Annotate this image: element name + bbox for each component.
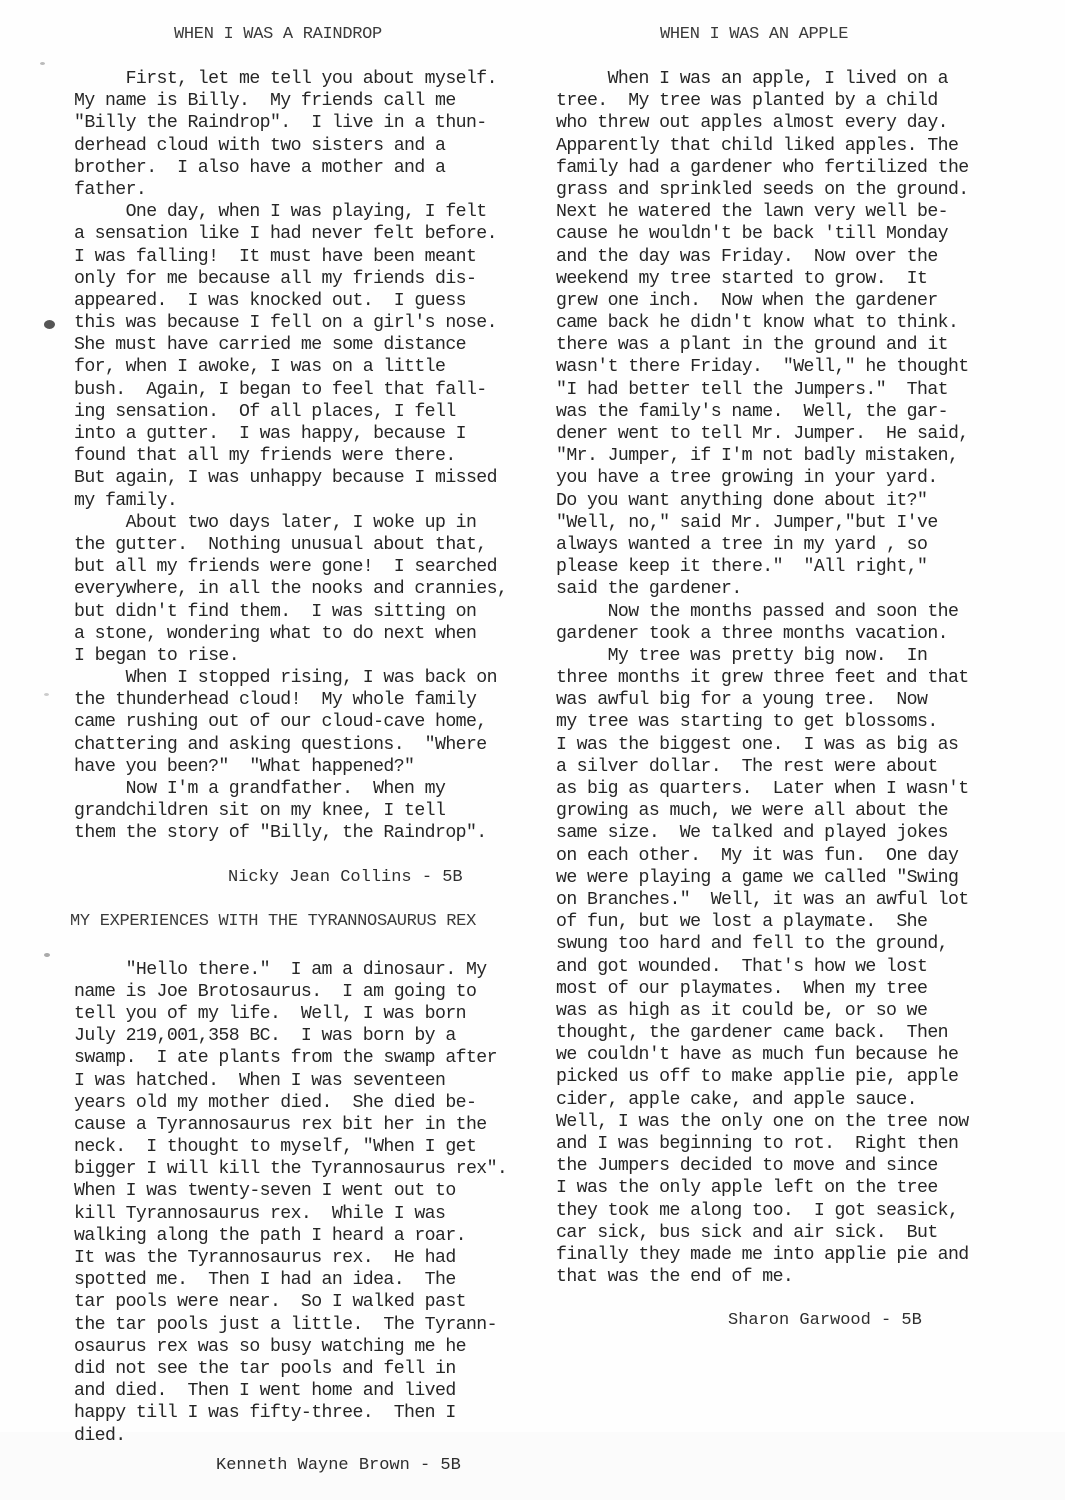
text-line: on each other. My it was fun. One day <box>556 845 1006 867</box>
text-line: kill Tyrannosaurus rex. While I was <box>74 1203 544 1225</box>
text-line: as big as quarters. Later when I wasn't <box>556 778 1006 800</box>
text-line: of fun, but we lost a playmate. She <box>556 911 1006 933</box>
text-line: My tree was pretty big now. In <box>556 645 1006 667</box>
text-line: ing sensation. Of all places, I fell <box>74 401 544 423</box>
byline-apple: Sharon Garwood - 5B <box>556 1310 1006 1332</box>
text-line: only for me because all my friends dis- <box>74 268 544 290</box>
text-line: thought, the gardener came back. Then <box>556 1022 1006 1044</box>
text-line: grew one inch. Now when the gardener <box>556 290 1006 312</box>
text-line: When I stopped rising, I was back on <box>74 667 544 689</box>
left-column: WHEN I WAS A RAINDROP First, let me tell… <box>74 24 544 1447</box>
text-line: there was a plant in the ground and it <box>556 334 1006 356</box>
text-line: July 219,001,358 BC. I was born by a <box>74 1025 544 1047</box>
text-line: chattering and asking questions. "Where <box>74 734 544 756</box>
text-line: came back he didn't know what to think. <box>556 312 1006 334</box>
text-line: growing as much, we were all about the <box>556 800 1006 822</box>
text-line: most of our playmates. When my tree <box>556 978 1006 1000</box>
text-line: for, when I awoke, I was on a little <box>74 356 544 378</box>
text-line: grass and sprinkled seeds on the ground. <box>556 179 1006 201</box>
text-line: was the family's name. Well, the gar- <box>556 401 1006 423</box>
text-line: finally they made me into applie pie and <box>556 1244 1006 1266</box>
text-line: spotted me. Then I had an idea. The <box>74 1269 544 1291</box>
text-line: weekend my tree started to grow. It <box>556 268 1006 290</box>
text-line: gardener took a three months vacation. <box>556 623 1006 645</box>
text-line: did not see the tar pools and fell in <box>74 1358 544 1380</box>
byline-tyrannosaurus: Kenneth Wayne Brown - 5B <box>216 1455 461 1477</box>
text-line: and died. Then I went home and lived <box>74 1380 544 1402</box>
story-title-raindrop: WHEN I WAS A RAINDROP <box>74 24 544 46</box>
text-line: brother. I also have a mother and a <box>74 157 544 179</box>
text-line: found that all my friends were there. <box>74 445 544 467</box>
text-line: that was the end of me. <box>556 1266 1006 1288</box>
story-body-apple: When I was an apple, I lived on atree. M… <box>556 68 1006 1288</box>
margin-speck <box>40 62 45 65</box>
text-line: we were playing a game we called "Swing <box>556 867 1006 889</box>
text-line: but didn't find them. I was sitting on <box>74 601 544 623</box>
text-line: Apparently that child liked apples. The <box>556 135 1006 157</box>
text-line: It was the Tyrannosaurus rex. He had <box>74 1247 544 1269</box>
typewritten-page: WHEN I WAS A RAINDROP First, let me tell… <box>0 0 1065 1500</box>
text-line: but all my friends were gone! I searched <box>74 556 544 578</box>
story-body-raindrop: First, let me tell you about myself.My n… <box>74 68 544 845</box>
text-line: this was because I fell on a girl's nose… <box>74 312 544 334</box>
text-line: the gutter. Nothing unusual about that, <box>74 534 544 556</box>
text-line: "Mr. Jumper, if I'm not badly mistaken, <box>556 445 1006 467</box>
text-line: She must have carried me some distance <box>74 334 544 356</box>
text-line: said the gardener. <box>556 578 1006 600</box>
story-body-tyrannosaurus: "Hello there." I am a dinosaur. Myname i… <box>74 959 544 1447</box>
right-column: WHEN I WAS AN APPLE When I was an apple,… <box>556 24 1006 1332</box>
text-line: cause a Tyrannosaurus rex bit her in the <box>74 1114 544 1136</box>
text-line: my tree was starting to get blossoms. <box>556 711 1006 733</box>
text-line: a stone, wondering what to do next when <box>74 623 544 645</box>
text-line: cider, apple cake, and apple sauce. <box>556 1089 1006 1111</box>
text-line: three months it grew three feet and that <box>556 667 1006 689</box>
text-line: Well, I was the only one on the tree now <box>556 1111 1006 1133</box>
text-line: walking along the path I heard a roar. <box>74 1225 544 1247</box>
margin-speck <box>44 693 49 696</box>
text-line: and the day was Friday. Now over the <box>556 246 1006 268</box>
text-line: One day, when I was playing, I felt <box>74 201 544 223</box>
margin-speck <box>44 953 50 957</box>
text-line: First, let me tell you about myself. <box>74 68 544 90</box>
text-line: name is Joe Brotosaurus. I am going to <box>74 981 544 1003</box>
text-line: "I had better tell the Jumpers." That <box>556 379 1006 401</box>
text-line: have you been?" "What happened?" <box>74 756 544 778</box>
text-line: was awful big for a young tree. Now <box>556 689 1006 711</box>
text-line: on Branches." Well, it was an awful lot <box>556 889 1006 911</box>
text-line: Next he watered the lawn very well be- <box>556 201 1006 223</box>
text-line: "Well, no," said Mr. Jumper,"but I've <box>556 512 1006 534</box>
byline-raindrop: Nicky Jean Collins - 5B <box>74 867 544 889</box>
text-line: swamp. I ate plants from the swamp after <box>74 1047 544 1069</box>
text-line: and I was beginning to rot. Right then <box>556 1133 1006 1155</box>
text-line: you have a tree growing in your yard. <box>556 467 1006 489</box>
text-line: derhead cloud with two sisters and a <box>74 135 544 157</box>
text-line: My name is Billy. My friends call me <box>74 90 544 112</box>
text-line: they took me along too. I got seasick, <box>556 1200 1006 1222</box>
text-line: and got wounded. That's how we lost <box>556 956 1006 978</box>
text-line: we couldn't have as much fun because he <box>556 1044 1006 1066</box>
text-line: came rushing out of our cloud-cave home, <box>74 711 544 733</box>
text-line: always wanted a tree in my yard , so <box>556 534 1006 556</box>
text-line: Now I'm a grandfather. When my <box>74 778 544 800</box>
text-line: When I was twenty-seven I went out to <box>74 1180 544 1202</box>
text-line: them the story of "Billy, the Raindrop". <box>74 822 544 844</box>
text-line: I was hatched. When I was seventeen <box>74 1070 544 1092</box>
text-line: my family. <box>74 490 544 512</box>
text-line: tree. My tree was planted by a child <box>556 90 1006 112</box>
text-line: "Billy the Raindrop". I live in a thun- <box>74 112 544 134</box>
text-line: osaurus rex was so busy watching me he <box>74 1336 544 1358</box>
text-line: Now the months passed and soon the <box>556 601 1006 623</box>
text-line: the tar pools just a little. The Tyrann- <box>74 1314 544 1336</box>
text-line: car sick, bus sick and air sick. But <box>556 1222 1006 1244</box>
text-line: happy till I was fifty-three. Then I <box>74 1402 544 1424</box>
text-line: please keep it there." "All right," <box>556 556 1006 578</box>
text-line: About two days later, I woke up in <box>74 512 544 534</box>
text-line: wasn't there Friday. "Well," he thought <box>556 356 1006 378</box>
text-line: into a gutter. I was happy, because I <box>74 423 544 445</box>
margin-ink-blot <box>44 320 55 329</box>
text-line: died. <box>74 1425 544 1447</box>
text-line: the Jumpers decided to move and since <box>556 1155 1006 1177</box>
text-line: same size. We talked and played jokes <box>556 822 1006 844</box>
text-line: bush. Again, I began to feel that fall- <box>74 379 544 401</box>
text-line: was as high as it could be, or so we <box>556 1000 1006 1022</box>
text-line: the thunderhead cloud! My whole family <box>74 689 544 711</box>
text-line: tell you of my life. Well, I was born <box>74 1003 544 1025</box>
text-line: appeared. I was knocked out. I guess <box>74 290 544 312</box>
text-line: dener went to tell Mr. Jumper. He said, <box>556 423 1006 445</box>
text-line: years old my mother died. She died be- <box>74 1092 544 1114</box>
text-line: swung too hard and fell to the ground, <box>556 933 1006 955</box>
text-line: I began to rise. <box>74 645 544 667</box>
text-line: who threw out apples almost every day. <box>556 112 1006 134</box>
text-line: I was the biggest one. I was as big as <box>556 734 1006 756</box>
text-line: I was the only apple left on the tree <box>556 1177 1006 1199</box>
text-line: a sensation like I had never felt before… <box>74 223 544 245</box>
text-line: bigger I will kill the Tyrannosaurus rex… <box>74 1158 544 1180</box>
text-line: everywhere, in all the nooks and crannie… <box>74 578 544 600</box>
text-line: father. <box>74 179 544 201</box>
text-line: When I was an apple, I lived on a <box>556 68 1006 90</box>
story-title-tyrannosaurus: MY EXPERIENCES WITH THE TYRANNOSAURUS RE… <box>70 911 544 933</box>
text-line: But again, I was unhappy because I misse… <box>74 467 544 489</box>
text-line: family had a gardener who fertilized the <box>556 157 1006 179</box>
text-line: Do you want anything done about it?" <box>556 490 1006 512</box>
text-line: grandchildren sit on my knee, I tell <box>74 800 544 822</box>
story-title-apple: WHEN I WAS AN APPLE <box>556 24 1006 46</box>
text-line: tar pools were near. So I walked past <box>74 1291 544 1313</box>
text-line: "Hello there." I am a dinosaur. My <box>74 959 544 981</box>
text-line: picked us off to make applie pie, apple <box>556 1066 1006 1088</box>
text-line: cause he wouldn't be back 'till Monday <box>556 223 1006 245</box>
text-line: neck. I thought to myself, "When I get <box>74 1136 544 1158</box>
text-line: I was falling! It must have been meant <box>74 246 544 268</box>
text-line: a silver dollar. The rest were about <box>556 756 1006 778</box>
